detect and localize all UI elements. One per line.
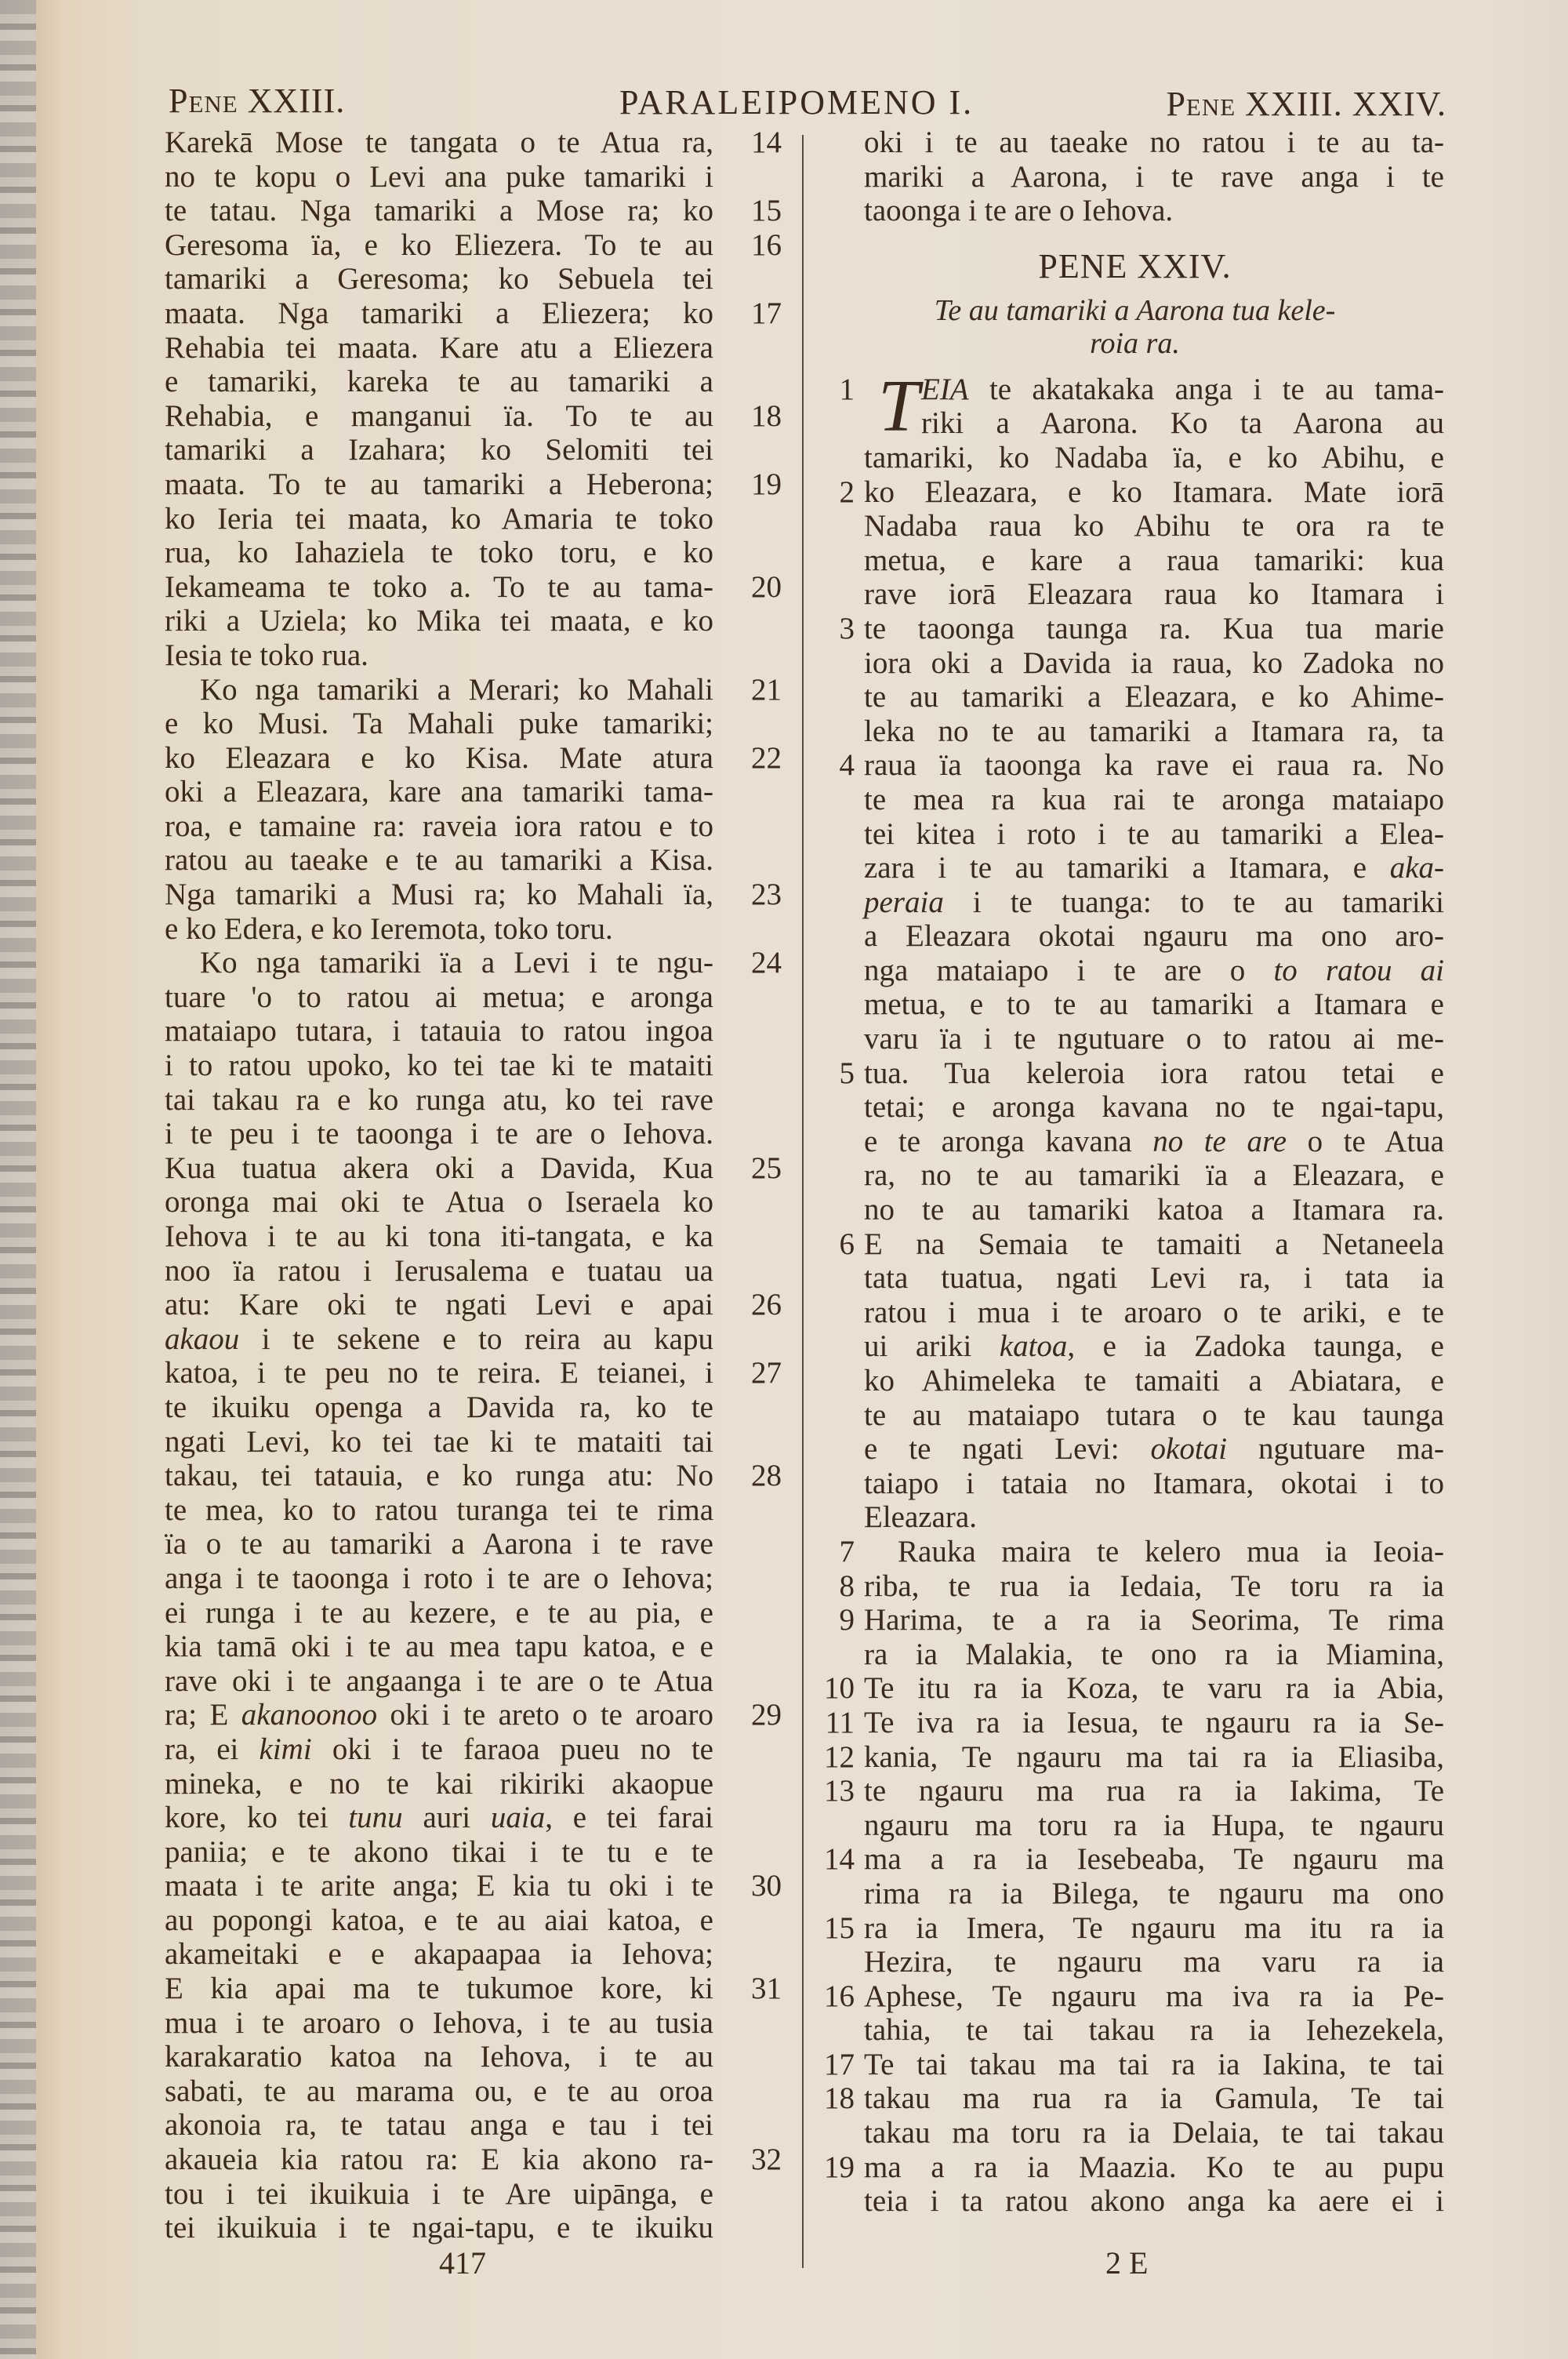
line-text: raua ïa taoonga ka rave ei raua ra. No [864,748,1444,783]
text-line: ko Eleazara e ko Kisa. Mate atura22 [165,741,788,776]
chapter-summary-line: Te au tamariki a Aarona tua kele- [815,294,1454,327]
verse-number: 9 [815,1603,855,1637]
text-line: tata tuatua, ngati Levi ra, i tata ia [815,1261,1454,1296]
text-line: Rehabia, e manganui ïa. To te au18 [165,399,788,434]
line-text: mineka, e no te kai rikiriki akaopue [165,1767,713,1801]
text-line: 5tua. Tua keleroia iora ratou tetai e [815,1056,1454,1091]
line-text: maata. To te au tamariki a Heberona; [165,467,713,502]
line-text: anga i te taoonga i roto i te are o Ieho… [165,1561,713,1596]
text-line: takau ma toru ra ia Delaia, te tai takau [815,2116,1454,2150]
text-line: akonoia ra, te tatau anga e tau i tei [165,2108,788,2143]
verse-number: 24 [751,946,782,980]
text-line: akaueia kia ratou ra: E kia akono ra-32 [165,2143,788,2177]
text-line: ngauru ma toru ra ia Hupa, te ngauru [815,1808,1454,1843]
text-line: ui ariki katoa, e ia Zadoka taunga, e [815,1329,1454,1364]
line-text: i to ratou upoko, ko tei tae ki te matai… [165,1049,713,1083]
text-line: ra ia Malakia, te ono ra ia Miamina, [815,1637,1454,1672]
text-line: Eleazara. [815,1500,1454,1535]
line-text: Kua tuatua akera oki a Davida, Kua [165,1151,713,1186]
line-text: Eleazara. [864,1500,1444,1535]
text-line: teia i ta ratou akono anga ka aere ei i [815,2184,1454,2219]
verse-number: 29 [751,1698,782,1732]
line-text: tei kitea i roto i te au tamariki a Elea… [864,817,1444,852]
line-text: Rehabia tei maata. Kare atu a Eliezera [165,331,713,365]
text-line: Iekameama te toko a. To te au tama-20 [165,570,788,605]
signature-mark: 2 E [1105,2245,1148,2281]
verse-number: 17 [815,2048,855,2082]
text-line: tei ikuikuia i te ngai-tapu, e te ikuiku [165,2211,788,2245]
text-line: tamariki, ko Nadaba ïa, e ko Abihu, e [815,441,1454,475]
text-line: rima ra ia Bilega, te ngauru ma ono [815,1877,1454,1911]
text-line: 6E na Semaia te tamaiti a Netaneela [815,1227,1454,1262]
text-line: Hezira, te ngauru ma varu ra ia [815,1945,1454,1979]
verse-number: 32 [751,2143,782,2177]
text-line: riki a Aarona. Ko ta Aarona au [815,406,1454,441]
verse-number: 13 [815,1774,855,1808]
line-text: ra ia Malakia, te ono ra ia Miamina, [864,1637,1444,1672]
line-text: oronga mai oki te Atua o Iseraela ko [165,1185,713,1219]
line-text: takau ma toru ra ia Delaia, te tai takau [864,2116,1444,2150]
text-line: taoonga i te are o Iehova. [815,194,1454,228]
text-line: Iehova i te au ki tona iti-tangata, e ka [165,1219,788,1254]
line-text: te au tamariki a Eleazara, e ko Ahime- [864,680,1444,714]
line-text: e ko Edera, e ko Ieremota, toko toru. [165,912,713,947]
verse-number: 19 [815,2150,855,2185]
text-line: leka no te au tamariki a Itamara ra, ta [815,714,1454,749]
text-line: no te kopu o Levi ana puke tamariki i [165,160,788,194]
line-text: kania, Te ngauru ma tai ra ia Eliasiba, [864,1740,1444,1775]
verse-number: 12 [815,1740,855,1775]
line-text: karakaratio katoa na Iehova, i te au [165,2040,713,2074]
line-text: riki a Aarona. Ko ta Aarona au [921,406,1444,441]
line-text: mataiapo tutara, i tatauia to ratou ingo… [165,1014,713,1049]
line-text: ra; E akanoonoo oki i te areto o te aroa… [165,1698,713,1732]
line-text: tamariki a Izahara; ko Selomiti tei [165,433,713,467]
line-text: tei ikuikuia i te ngai-tapu, e te ikuiku [165,2211,713,2245]
line-text: kore, ko tei tunu auri uaia, e tei farai [165,1801,713,1835]
line-text: tou i tei ikuikuia i te Are uipānga, e [165,2177,713,2212]
text-line: metua, e to te au tamariki a Itamara e [815,987,1454,1022]
verse-number: 15 [751,194,782,228]
line-text: maata. Nga tamariki a Eliezera; ko [165,296,713,331]
line-text: takau, tei tatauia, e ko runga atu: No [165,1459,713,1493]
verse-number: 15 [815,1911,855,1946]
text-line: peraia i te tuanga: to te au tamariki [815,885,1454,920]
text-line: 18takau ma rua ra ia Gamula, Te tai [815,2081,1454,2116]
text-line: mariki a Aarona, i te rave anga i te [815,160,1454,194]
text-line: kore, ko tei tunu auri uaia, e tei farai [165,1801,788,1835]
verse-number: 8 [815,1569,855,1604]
line-text: metua, e kare a raua tamariki: kua [864,543,1444,578]
text-line: 3te taoonga taunga ra. Kua tua marie [815,612,1454,646]
verse-number: 18 [751,399,782,434]
text-line: akameitaki e e akapaapaa ia Iehova; [165,1937,788,1972]
line-text: Nadaba raua ko Abihu te ora ra te [864,509,1444,543]
line-text: akaou i te sekene e to reira au kapu [165,1322,713,1357]
text-line: katoa, i te peu no te reira. E teianei, … [165,1356,788,1390]
verse-number: 1 [815,373,855,407]
text-line: ratou i mua i te aroaro o te ariki, e te [815,1296,1454,1330]
verse-number: 4 [815,748,855,783]
text-line: tamariki a Geresoma; ko Sebuela tei [165,262,788,296]
verse-number: 17 [751,296,782,331]
verse-number: 25 [751,1151,782,1186]
left-column: Karekā Mose te tangata o te Atua ra,14no… [165,125,788,2245]
book-page: Pene XXIII. PARALEIPOMENO I. Pene XXIII.… [0,0,1568,2359]
line-text: kia tamā oki i te au mea tapu katoa, e e [165,1630,713,1664]
text-line: roa, e tamaine ra: raveia iora ratou e t… [165,809,788,844]
line-text: ma a ra ia Maazia. Ko te au pupu [864,2150,1444,2185]
text-line: te ikuiku openga a Davida ra, ko te [165,1390,788,1425]
text-line: 11Te iva ra ia Iesua, te ngauru ra ia Se… [815,1706,1454,1740]
chapter-summary: Te au tamariki a Aarona tua kele-roia ra… [815,294,1454,360]
line-text: ko Eleazara, e ko Itamara. Mate iorā [864,475,1444,510]
text-line: metua, e kare a raua tamariki: kua [815,543,1454,578]
text-line: 12kania, Te ngauru ma tai ra ia Eliasiba… [815,1740,1454,1775]
text-line: akaou i te sekene e to reira au kapu [165,1322,788,1357]
verse-number: 21 [751,673,782,707]
line-text: atu: Kare oki te ngati Levi e apai [165,1288,713,1322]
right-column: oki i te au taeake no ratou i te au ta-m… [815,125,1454,2219]
line-text: Aphese, Te ngauru ma iva ra ia Pe- [864,1979,1444,2014]
line-text: ngauru ma toru ra ia Hupa, te ngauru [864,1808,1444,1843]
line-text: rave oki i te angaanga i te are o te Atu… [165,1664,713,1699]
line-text: maata i te arite anga; E kia tu oki i te [165,1869,713,1903]
text-line: 2ko Eleazara, e ko Itamara. Mate iorā [815,475,1454,510]
line-text: rua, ko Iahaziela te toko toru, e ko [165,536,713,570]
text-line: 13te ngauru ma rua ra ia Iakima, Te [815,1774,1454,1808]
line-text: Geresoma ïa, e ko Eliezera. To te au [165,228,713,263]
text-line: au popongi katoa, e te au aiai katoa, e [165,1903,788,1938]
text-line: te au mataiapo tutara o te kau taunga [815,1398,1454,1433]
line-text: roa, e tamaine ra: raveia iora ratou e t… [165,809,713,844]
text-line: tai takau ra e ko runga atu, ko tei rave [165,1083,788,1118]
line-text: takau ma rua ra ia Gamula, Te tai [864,2081,1444,2116]
line-text: Rehabia, e manganui ïa. To te au [165,399,713,434]
line-text: tamariki, ko Nadaba ïa, e ko Abihu, e [864,441,1444,475]
line-text: sabati, te au marama ou, e te au oroa [165,2074,713,2109]
line-text: E na Semaia te tamaiti a Netaneela [864,1227,1444,1262]
verse-number: 20 [751,570,782,605]
text-line: 4raua ïa taoonga ka rave ei raua ra. No [815,748,1454,783]
line-text: tamariki a Geresoma; ko Sebuela tei [165,262,713,296]
line-text: iora oki a Davida ia raua, ko Zadoka no [864,646,1444,681]
verse-number: 30 [751,1869,782,1903]
text-line: ko Ahimeleka te tamaiti a Abiatara, e [815,1364,1454,1398]
verse-number: 26 [751,1288,782,1322]
text-line: 17Te tai takau ma tai ra ia Iakina, te t… [815,2048,1454,2082]
running-head-right: Pene XXIII. XXIV. [1166,84,1446,124]
line-text: ratou i mua i te aroaro o te ariki, e te [864,1296,1444,1330]
text-line: anga i te taoonga i roto i te are o Ieho… [165,1561,788,1596]
chapter-summary-line: roia ra. [815,327,1454,360]
line-text: a Eleazara okotai ngauru ma ono aro- [864,919,1444,954]
text-line: ïa o te au tamariki a Aarona i te rave [165,1527,788,1561]
page-fore-edge [0,0,36,2359]
line-text: Nga tamariki a Musi ra; ko Mahali ïa, [165,878,713,912]
running-head: Pene XXIII. PARALEIPOMENO I. Pene XXIII.… [169,75,1446,122]
text-line: 16Aphese, Te ngauru ma iva ra ia Pe- [815,1979,1454,2014]
text-line: mineka, e no te kai rikiriki akaopue [165,1767,788,1801]
line-text: ei runga i te au kezere, e te au pia, e [165,1596,713,1630]
line-text: no te au tamariki katoa a Itamara ra. [864,1193,1444,1227]
line-text: metua, e to te au tamariki a Itamara e [864,987,1444,1022]
text-line: zara i te au tamariki a Itamara, e aka- [815,851,1454,885]
running-head-left: Pene XXIII. [169,81,345,121]
text-line: atu: Kare oki te ngati Levi e apai26 [165,1288,788,1322]
text-line: maata. Nga tamariki a Eliezera; ko17 [165,296,788,331]
text-line: e ko Musi. Ta Mahali puke tamariki; [165,707,788,741]
line-text: i te peu i te taoonga i te are o Iehova. [165,1117,713,1151]
text-line: tahia, te tai takau ra ia Iehezekela, [815,2013,1454,2048]
text-line: tou i tei ikuikuia i te Are uipānga, e [165,2177,788,2212]
line-text: oki a Eleazara, kare ana tamariki tama- [165,775,713,809]
verse-number: 28 [751,1459,782,1493]
text-line: ratou au taeake e te au tamariki a Kisa. [165,843,788,878]
line-text: te mea, ko to ratou turanga tei te rima [165,1493,713,1528]
text-line: 1EIA te akatakaka anga i te au tama-T [815,373,1454,407]
text-line: ngati Levi, ko tei tae ki te mataiti tai [165,1425,788,1459]
line-text: leka no te au tamariki a Itamara ra, ta [864,714,1444,749]
text-line: Geresoma ïa, e ko Eliezera. To te au16 [165,228,788,263]
line-text: te tatau. Nga tamariki a Mose ra; ko [165,194,713,228]
line-text: rima ra ia Bilega, te ngauru ma ono [864,1877,1444,1911]
line-text: zara i te au tamariki a Itamara, e aka- [864,851,1444,885]
line-text: au popongi katoa, e te au aiai katoa, e [165,1903,713,1938]
line-text: te ikuiku openga a Davida ra, ko te [165,1390,713,1425]
line-text: riba, te rua ia Iedaia, Te toru ra ia [864,1569,1444,1604]
verse-number: 14 [815,1842,855,1877]
text-line: mataiapo tutara, i tatauia to ratou ingo… [165,1014,788,1049]
line-text: ngati Levi, ko tei tae ki te mataiti tai [165,1425,713,1459]
line-text: te ngauru ma rua ra ia Iakima, Te [864,1774,1444,1808]
text-line: Iesia te toko rua. [165,638,788,673]
verse-number: 27 [751,1356,782,1390]
text-line: i te peu i te taoonga i te are o Iehova. [165,1117,788,1151]
line-text: taiapo i tataia no Itamara, okotai i to [864,1467,1444,1501]
line-text: katoa, i te peu no te reira. E teianei, … [165,1356,713,1390]
text-line: tetai; e aronga kavana no te ngai-tapu, [815,1090,1454,1125]
verse-number: 11 [815,1706,855,1740]
line-text: ko Ahimeleka te tamaiti a Abiatara, e [864,1364,1444,1398]
column-divider [802,135,804,2268]
text-line: Nga tamariki a Musi ra; ko Mahali ïa,23 [165,878,788,912]
verse-number: 7 [815,1535,855,1569]
line-text: mua i te aroaro o Iehova, i te au tusia [165,2006,713,2041]
text-line: E kia apai ma te tukumoe kore, ki31 [165,1972,788,2006]
text-line: e tamariki, kareka te au tamariki a [165,365,788,399]
text-line: no te au tamariki katoa a Itamara ra. [815,1193,1454,1227]
line-text: Iesia te toko rua. [165,638,713,673]
verse-number: 23 [751,878,782,912]
text-line: mua i te aroaro o Iehova, i te au tusia [165,2006,788,2041]
text-line: kia tamā oki i te au mea tapu katoa, e e [165,1630,788,1664]
text-line: takau, tei tatauia, e ko runga atu: No28 [165,1459,788,1493]
text-line: 9Harima, te a ra ia Seorima, Te rima [815,1603,1454,1637]
text-line: maata i te arite anga; E kia tu oki i te… [165,1869,788,1903]
line-text: oki i te au taeake no ratou i te au ta- [864,125,1444,160]
text-line: ra, no te au tamariki ïa a Eleazara, e [815,1158,1454,1193]
text-line: te au tamariki a Eleazara, e ko Ahime- [815,680,1454,714]
line-text: ra ia Imera, Te ngauru ma itu ra ia [864,1911,1444,1946]
text-line: maata. To te au tamariki a Heberona;19 [165,467,788,502]
verse-number: 6 [815,1227,855,1262]
line-text: tuare 'o to ratou ai metua; e aronga [165,980,713,1015]
text-line: tuare 'o to ratou ai metua; e aronga [165,980,788,1015]
line-text: te au mataiapo tutara o te kau taunga [864,1398,1444,1433]
line-text: peraia i te tuanga: to te au tamariki [864,885,1444,920]
text-line: rua, ko Iahaziela te toko toru, e ko [165,536,788,570]
line-text: tua. Tua keleroia iora ratou tetai e [864,1056,1444,1091]
line-text: akonoia ra, te tatau anga e tau i tei [165,2108,713,2143]
line-text: Te tai takau ma tai ra ia Iakina, te tai [864,2048,1444,2082]
line-text: mariki a Aarona, i te rave anga i te [864,160,1444,194]
text-line: tamariki a Izahara; ko Selomiti tei [165,433,788,467]
line-text: ko Ieria tei maata, ko Amaria te toko [165,502,713,536]
line-text: teia i ta ratou akono anga ka aere ei i [864,2184,1444,2219]
text-line: te tatau. Nga tamariki a Mose ra; ko15 [165,194,788,228]
text-line: riki a Uziela; ko Mika tei maata, e ko [165,604,788,638]
line-text: te mea ra kua rai te aronga mataiapo [864,783,1444,817]
text-line: ei runga i te au kezere, e te au pia, e [165,1596,788,1630]
line-text: no te kopu o Levi ana puke tamariki i [165,160,713,194]
text-line: nga mataiapo i te are o to ratou ai [815,954,1454,988]
verse-number: 5 [815,1056,855,1091]
text-line: Nadaba raua ko Abihu te ora ra te [815,509,1454,543]
text-line: oronga mai oki te Atua o Iseraela ko [165,1185,788,1219]
line-text: Karekā Mose te tangata o te Atua ra, [165,125,713,160]
text-line: tei kitea i roto i te au tamariki a Elea… [815,817,1454,852]
chapter-title: PENE XXIV. [815,239,1454,294]
verse-number: 2 [815,475,855,510]
text-line: karakaratio katoa na Iehova, i te au [165,2040,788,2074]
text-line: 7Rauka maira te kelero mua ia Ieoia- [815,1535,1454,1569]
line-text: Te iva ra ia Iesua, te ngauru ra ia Se- [864,1706,1444,1740]
line-text: noo ïa ratou i Ierusalema e tuatau ua [165,1254,713,1289]
text-line: oki a Eleazara, kare ana tamariki tama- [165,775,788,809]
text-line: rave oki i te angaanga i te are o te Atu… [165,1664,788,1699]
text-line: te mea ra kua rai te aronga mataiapo [815,783,1454,817]
verse-number: 22 [751,741,782,776]
text-line: noo ïa ratou i Ierusalema e tuatau ua [165,1254,788,1289]
text-line: sabati, te au marama ou, e te au oroa [165,2074,788,2109]
text-line: Rehabia tei maata. Kare atu a Eliezera [165,331,788,365]
line-text: Iekameama te toko a. To te au tama- [165,570,713,605]
line-text: akameitaki e e akapaapaa ia Iehova; [165,1937,713,1972]
text-line: ko Ieria tei maata, ko Amaria te toko [165,502,788,536]
line-text: e te ngati Levi: okotai ngutuare ma- [864,1432,1444,1467]
verse-number: 16 [815,1979,855,2014]
text-line: e te ngati Levi: okotai ngutuare ma- [815,1432,1454,1467]
text-line: oki i te au taeake no ratou i te au ta- [815,125,1454,160]
verse-number: 3 [815,612,855,646]
line-text: ra, no te au tamariki ïa a Eleazara, e [864,1158,1444,1193]
line-text: te taoonga taunga ra. Kua tua marie [864,612,1444,646]
text-line: 10Te itu ra ia Koza, te varu ra ia Abia, [815,1671,1454,1706]
text-line: Kua tuatua akera oki a Davida, Kua25 [165,1151,788,1186]
text-line: te mea, ko to ratou turanga tei te rima [165,1493,788,1528]
text-line: a Eleazara okotai ngauru ma ono aro- [815,919,1454,954]
verse-number: 19 [751,467,782,502]
text-line: paniia; e te akono tikai i te tu e te [165,1835,788,1870]
line-text: Iehova i te au ki tona iti-tangata, e ka [165,1219,713,1254]
line-text: Ko nga tamariki ïa a Levi i te ngu- [200,946,713,980]
line-text: tata tuatua, ngati Levi ra, i tata ia [864,1261,1444,1296]
line-text: ui ariki katoa, e ia Zadoka taunga, e [864,1329,1444,1364]
line-text: nga mataiapo i te are o to ratou ai [864,954,1444,988]
verse-number: 31 [751,1972,782,2006]
text-line: 19ma a ra ia Maazia. Ko te au pupu [815,2150,1454,2185]
verse-number: 18 [815,2081,855,2116]
text-line: 8riba, te rua ia Iedaia, Te toru ra ia [815,1569,1454,1604]
line-text: Rauka maira te kelero mua ia Ieoia- [898,1535,1444,1569]
line-text: akaueia kia ratou ra: E kia akono ra- [165,2143,713,2177]
line-text: Ko nga tamariki a Merari; ko Mahali [200,673,713,707]
line-text: ratou au taeake e te au tamariki a Kisa. [165,843,713,878]
line-text: Hezira, te ngauru ma varu ra ia [864,1945,1444,1979]
line-text: ma a ra ia Iesebeaba, Te ngauru ma [864,1842,1444,1877]
line-text: rave iorā Eleazara raua ko Itamara i [864,577,1444,612]
text-line: e ko Edera, e ko Ieremota, toko toru. [165,912,788,947]
text-line: 15ra ia Imera, Te ngauru ma itu ra ia [815,1911,1454,1946]
text-line: ra, ei kimi oki i te faraoa pueu no te [165,1732,788,1767]
line-text: Harima, te a ra ia Seorima, Te rima [864,1603,1444,1637]
text-line: rave iorā Eleazara raua ko Itamara i [815,577,1454,612]
text-line: i to ratou upoko, ko tei tae ki te matai… [165,1049,788,1083]
line-text: Te itu ra ia Koza, te varu ra ia Abia, [864,1671,1444,1706]
text-line: ra; E akanoonoo oki i te areto o te aroa… [165,1698,788,1732]
text-line: varu ïa i te ngutuare o to ratou ai me- [815,1022,1454,1056]
line-text: E kia apai ma te tukumoe kore, ki [165,1972,713,2006]
line-text: e tamariki, kareka te au tamariki a [165,365,713,399]
verse-number: 14 [751,125,782,160]
line-text: e te aronga kavana no te are o te Atua [864,1125,1444,1159]
page-number: 417 [439,2245,486,2281]
line-text: tahia, te tai takau ra ia Iehezekela, [864,2013,1444,2048]
verse-number: 10 [815,1671,855,1706]
line-text: taoonga i te are o Iehova. [864,194,1444,228]
line-text: e ko Musi. Ta Mahali puke tamariki; [165,707,713,741]
text-line: Ko nga tamariki a Merari; ko Mahali21 [165,673,788,707]
text-line: 14ma a ra ia Iesebeaba, Te ngauru ma [815,1842,1454,1877]
line-text: riki a Uziela; ko Mika tei maata, e ko [165,604,713,638]
line-text: ko Eleazara e ko Kisa. Mate atura [165,741,713,776]
verse-number: 16 [751,228,782,263]
line-text: ra, ei kimi oki i te faraoa pueu no te [165,1732,713,1767]
line-text: tetai; e aronga kavana no te ngai-tapu, [864,1090,1444,1125]
line-text: tai takau ra e ko runga atu, ko tei rave [165,1083,713,1118]
text-line: Ko nga tamariki ïa a Levi i te ngu-24 [165,946,788,980]
running-head-book-title: PARALEIPOMENO I. [619,82,974,122]
text-line: Karekā Mose te tangata o te Atua ra,14 [165,125,788,160]
line-text: ïa o te au tamariki a Aarona i te rave [165,1527,713,1561]
text-line: taiapo i tataia no Itamara, okotai i to [815,1467,1454,1501]
line-text: paniia; e te akono tikai i te tu e te [165,1835,713,1870]
text-line: e te aronga kavana no te are o te Atua [815,1125,1454,1159]
line-text: varu ïa i te ngutuare o to ratou ai me- [864,1022,1444,1056]
line-text: EIA te akatakaka anga i te au tama- [921,373,1444,407]
text-line: iora oki a Davida ia raua, ko Zadoka no [815,646,1454,681]
